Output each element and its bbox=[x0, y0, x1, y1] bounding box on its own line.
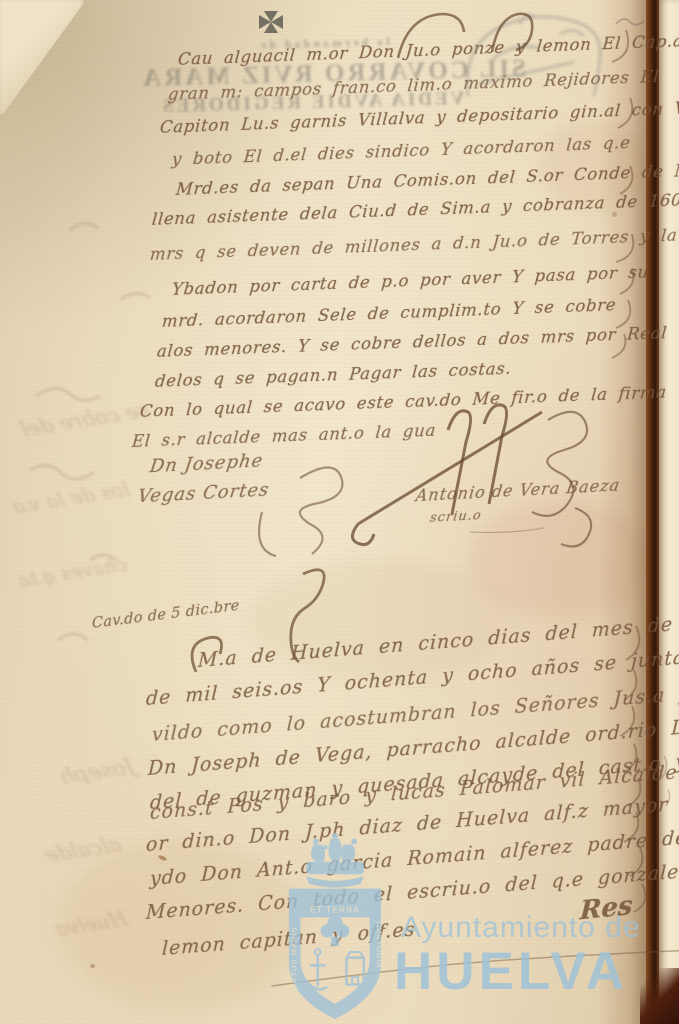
crown bbox=[306, 833, 364, 888]
binding-corner bbox=[640, 968, 679, 1024]
signature-title: scriu.o bbox=[429, 508, 483, 526]
shield-charges bbox=[308, 915, 364, 989]
watermark-city-text: HUELVA bbox=[394, 941, 628, 1002]
watermark-org-text: Ayuntamiento de bbox=[401, 911, 641, 945]
svg-text:CUSTODIA: CUSTODIA bbox=[375, 921, 384, 968]
huelva-coat-of-arms: ET TERRA PORTUS MARIS CUSTODIA bbox=[271, 831, 399, 1023]
foxing-fleck bbox=[90, 964, 95, 968]
svg-text:PORTUS MARIS: PORTUS MARIS bbox=[290, 926, 299, 996]
svg-text:ET TERRA: ET TERRA bbox=[310, 905, 360, 915]
manuscript-scan: la hermandad de SIL COVARRO RVIZ MARA VE… bbox=[0, 0, 679, 1024]
